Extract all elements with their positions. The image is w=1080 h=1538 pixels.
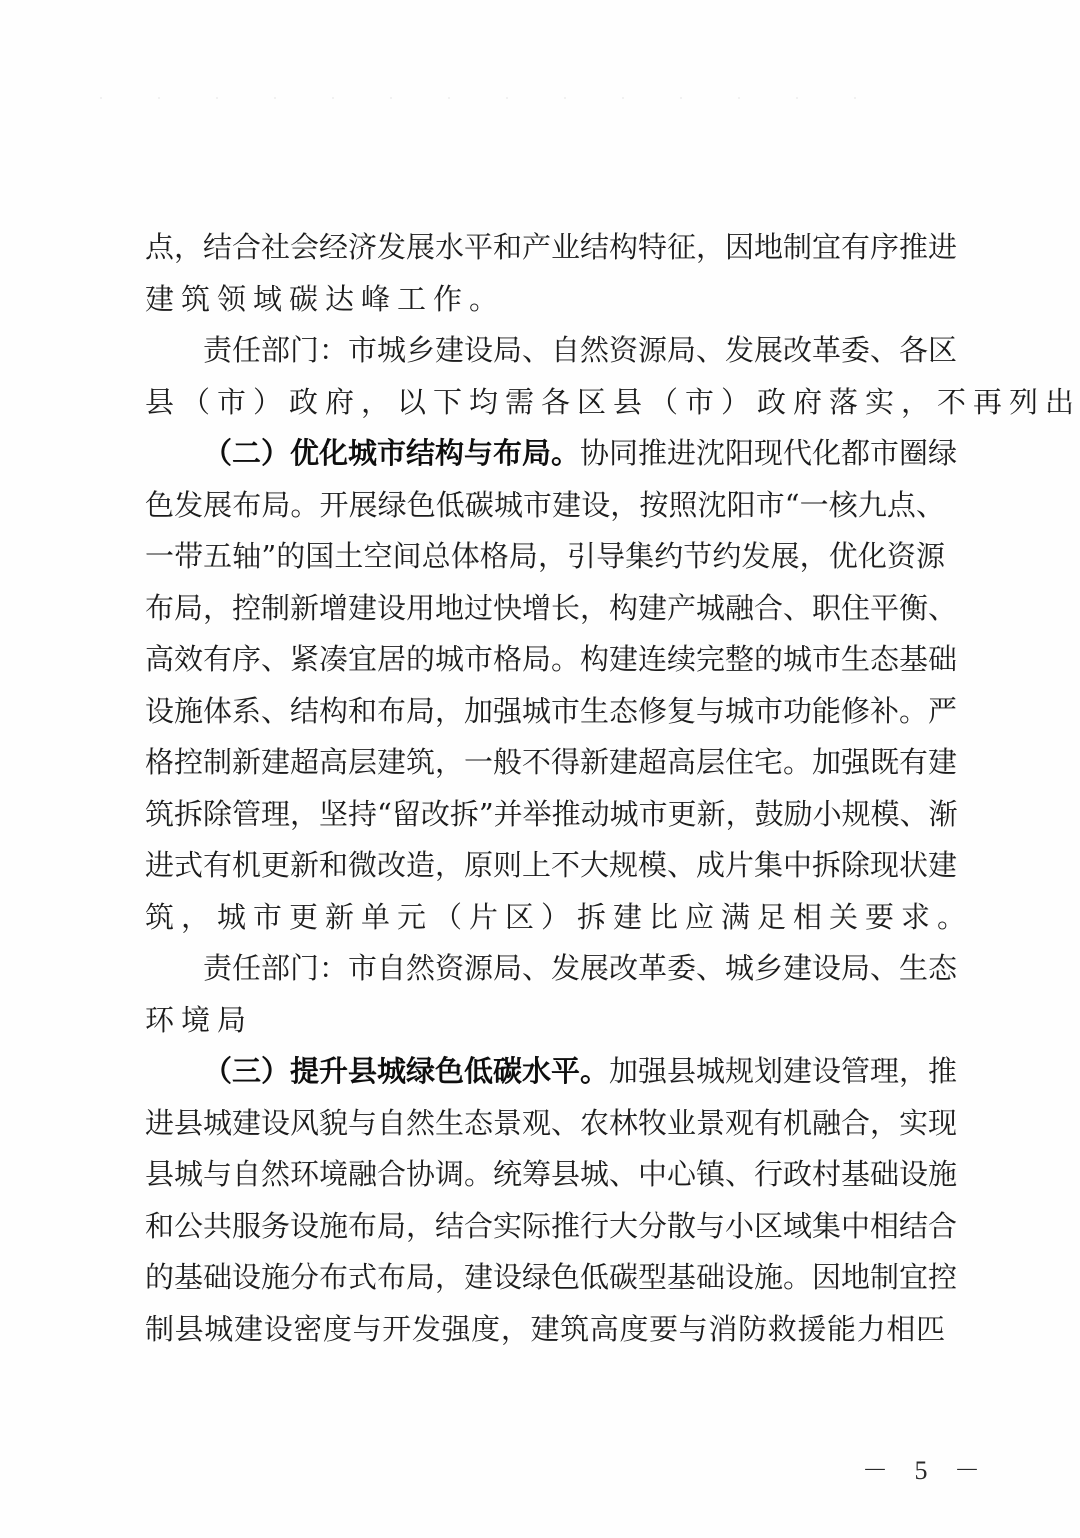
document-body: 点，结合社会经济发展水平和产业结构特征，因地制宜有序推进 建筑领域碳达峰工作。 … bbox=[145, 222, 945, 1355]
document-page: 点，结合社会经济发展水平和产业结构特征，因地制宜有序推进 建筑领域碳达峰工作。 … bbox=[0, 0, 1080, 1538]
paragraph-text: 协同推进沈阳现代化都市圈绿 bbox=[580, 436, 957, 470]
paragraph-line: 的基础设施分布式布局，建设绿色低碳型基础设施。因地制宜控 bbox=[145, 1252, 945, 1304]
paragraph-line: 筑，城市更新单元（片区）拆建比应满足相关要求。 bbox=[145, 892, 945, 944]
paragraph-text: 加强县城规划建设管理，推 bbox=[609, 1054, 957, 1088]
responsible-dept-line: 环境局 bbox=[145, 995, 945, 1047]
section-heading-line: （三）提升县城绿色低碳水平。加强县城规划建设管理，推 bbox=[145, 1046, 945, 1098]
paragraph-line: 格控制新建超高层建筑，一般不得新建超高层住宅。加强既有建 bbox=[145, 737, 945, 789]
scan-bleed-through bbox=[100, 97, 900, 99]
paragraph-line: 布局，控制新增建设用地过快增长，构建产城融合、职住平衡、 bbox=[145, 583, 945, 635]
paragraph-line: 色发展布局。开展绿色低碳城市建设，按照沈阳市“一核九点、 bbox=[145, 480, 945, 532]
paragraph-line: 建筑领域碳达峰工作。 bbox=[145, 274, 945, 326]
page-number: － 5 － bbox=[862, 1450, 990, 1487]
paragraph-line: 高效有序、紧凑宜居的城市格局。构建连续完整的城市生态基础 bbox=[145, 634, 945, 686]
responsible-dept-line: 责任部门：市城乡建设局、自然资源局、发展改革委、各区 bbox=[145, 325, 945, 377]
paragraph-line: 县城与自然环境融合协调。统筹县城、中心镇、行政村基础设施 bbox=[145, 1149, 945, 1201]
paragraph-line: 进县城建设风貌与自然生态景观、农林牧业景观有机融合，实现 bbox=[145, 1098, 945, 1150]
paragraph-line: 和公共服务设施布局，结合实际推行大分散与小区域集中相结合 bbox=[145, 1201, 945, 1253]
paragraph-line: 制县城建设密度与开发强度，建筑高度要与消防救援能力相匹 bbox=[145, 1304, 945, 1356]
paragraph-line: 一带五轴”的国土空间总体格局，引导集约节约发展，优化资源 bbox=[145, 531, 945, 583]
responsible-dept-line: 责任部门：市自然资源局、发展改革委、城乡建设局、生态 bbox=[145, 943, 945, 995]
section-heading-2: （二）优化城市结构与布局。 bbox=[203, 436, 580, 470]
section-heading-line: （二）优化城市结构与布局。协同推进沈阳现代化都市圈绿 bbox=[145, 428, 945, 480]
paragraph-line: 筑拆除管理，坚持“留改拆”并举推动城市更新，鼓励小规模、渐 bbox=[145, 789, 945, 841]
paragraph-line: 设施体系、结构和布局，加强城市生态修复与城市功能修补。严 bbox=[145, 686, 945, 738]
responsible-dept-line: 县（市）政府，以下均需各区县（市）政府落实，不再列出 bbox=[145, 377, 945, 429]
section-heading-3: （三）提升县城绿色低碳水平。 bbox=[203, 1054, 609, 1088]
paragraph-line: 点，结合社会经济发展水平和产业结构特征，因地制宜有序推进 bbox=[145, 222, 945, 274]
paragraph-line: 进式有机更新和微改造，原则上不大规模、成片集中拆除现状建 bbox=[145, 840, 945, 892]
